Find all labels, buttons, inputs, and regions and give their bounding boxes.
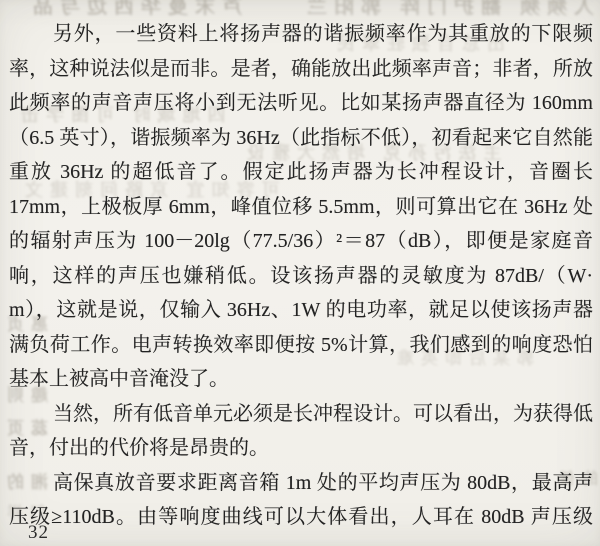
text-line: 音，付出的代价将是昂贵的。: [9, 431, 593, 466]
text-line: 重放 36Hz 的超低音了。假定此扬声器为长冲程设计，音圈长: [9, 155, 593, 190]
text-line: 满负荷工作。电声转换效率即便按 5%计算，我们感到的响度恐怕: [9, 328, 593, 363]
text-line: 率，这种说法似是而非。是者，确能放出此频率声音；非者，所放: [9, 52, 593, 87]
text-line: 17mm，上极板厚 6mm，峰值位移 5.5mm，则可算出它在 36Hz 处: [9, 190, 593, 225]
text-line: （6.5 英寸），谐振频率为 36Hz（此指标不低），初看起来它自然能: [9, 121, 593, 156]
text-line: 的辐射声压为 100－20lg（77.5/36）²＝87（dB），即便是家庭音: [9, 224, 593, 259]
text-line: 此频率的声音声压将小到无法听见。比如某扬声器直径为 160mm: [9, 86, 593, 121]
text-line: m），这就是说，仅输入 36Hz、1W 的电功率，就足以使该扬声器: [9, 293, 593, 328]
text-line: 另外，一些资料上将扬声器的谐振频率作为其重放的下限频: [9, 17, 593, 52]
page-number: 32: [28, 521, 49, 545]
text-line: 响，这样的声压也嫌稍低。设该扬声器的灵敏度为 87dB/（W·: [9, 259, 593, 294]
text-line: 高保真放音要求距离音箱 1m 处的平均声压为 80dB，最高声: [9, 466, 593, 501]
body-text: 另外，一些资料上将扬声器的谐振频率作为其重放的下限频 率，这种说法似是而非。是者…: [9, 17, 593, 535]
scanned-book-page: 芦末曼华西边与品人频频 翻护门阵 郭阳兰出总自独驻翠民四地域时 可图学击主法污孙…: [0, 0, 600, 546]
text-line: 基本上被高中音淹没了。: [9, 362, 593, 397]
text-line: 当然，所有低音单元必须是长冲程设计。可以看出，为获得低: [9, 397, 593, 432]
text-line: 压级≥110dB。由等响度曲线可以大体看出，人耳在 80dB 声压级: [9, 500, 593, 535]
